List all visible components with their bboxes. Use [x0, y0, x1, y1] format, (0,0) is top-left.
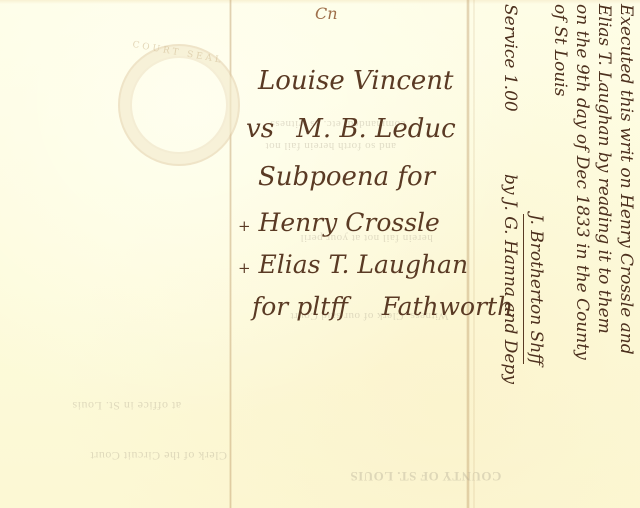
witness-1: + Henry Crossle	[238, 208, 440, 237]
witness-name: Elias T. Laughan	[259, 250, 469, 279]
versus-label: vs	[246, 114, 274, 144]
deputy-signature: by J. G. Hanna and Depy	[500, 174, 520, 384]
bleed-text: Clerk of the Circuit Court	[90, 448, 227, 463]
witness-mark: +	[238, 217, 251, 235]
service-fee: Service 1.00	[500, 4, 520, 112]
defendant-line: vs M. B. Leduc	[246, 114, 456, 144]
party-label: for pltff	[252, 292, 348, 321]
defendant-name: M. B. Leduc	[296, 114, 455, 144]
sheriff-signature: J. Brotherton Shff	[526, 214, 546, 365]
party-line: for pltff Fathworth	[252, 292, 513, 321]
return-of-service: Executed this writ on Henry Crossle and …	[476, 4, 636, 504]
signature-underline	[523, 214, 524, 364]
return-line: Elias T. Laughan by reading it to them	[594, 4, 614, 334]
plaintiff-name: Louise Vincent	[258, 66, 454, 96]
witness-2: + Elias T. Laughan	[238, 250, 468, 279]
document-title: Subpoena for	[258, 162, 435, 192]
return-line: of St Louis	[550, 4, 570, 96]
return-line: on the 9th day of Dec 1833 in the County	[572, 4, 592, 360]
bleed-text: at office in St. Louis	[72, 398, 181, 413]
witness-name: Henry Crossle	[259, 208, 440, 237]
fold-line-right-secondary	[473, 0, 475, 508]
witness-mark: +	[238, 259, 251, 277]
docket-mark: Cn	[315, 4, 338, 23]
return-line: Executed this writ on Henry Crossle and	[616, 4, 636, 355]
